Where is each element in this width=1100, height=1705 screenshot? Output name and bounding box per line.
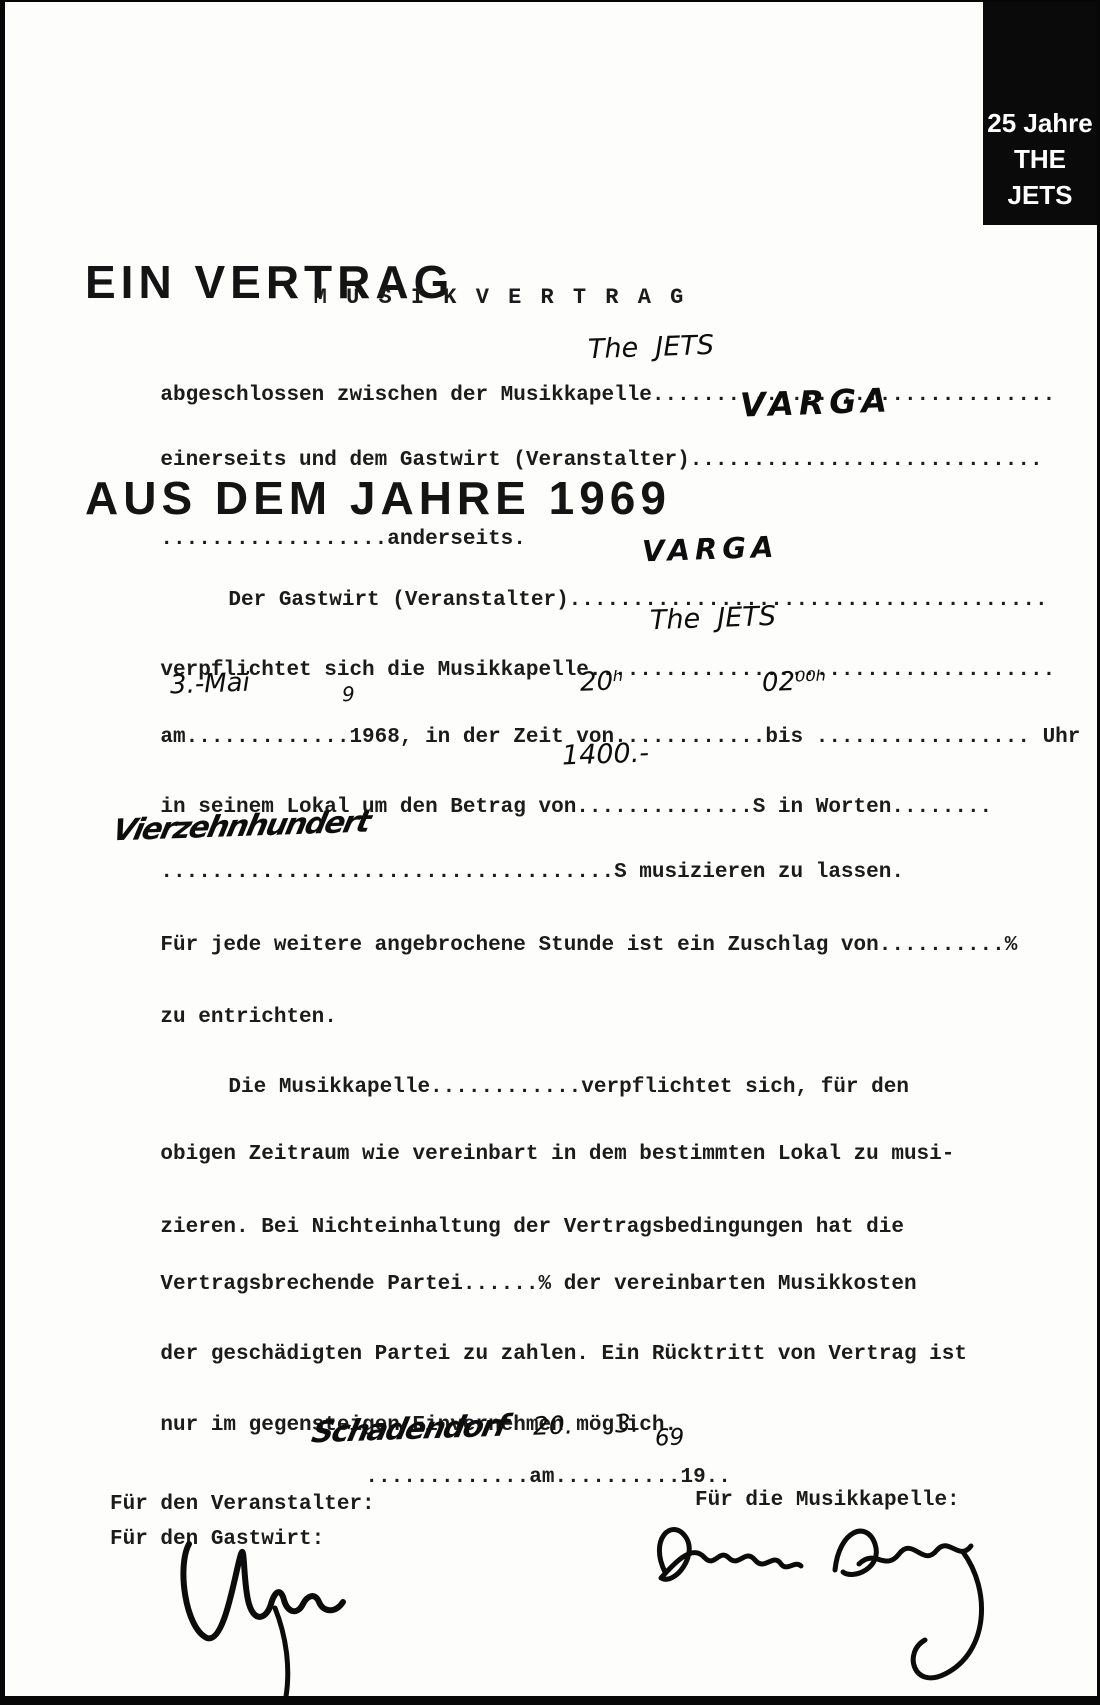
handwritten-amount-words: Vierzehnhundert <box>110 810 371 845</box>
typed-text: Vertragsbrechende Partei......% der vere… <box>160 1273 916 1296</box>
jets-anniversary-badge: 25 Jahre THE JETS <box>983 2 1097 225</box>
contract-line: der geschädigten Partei zu zahlen. Ein R… <box>110 1316 967 1394</box>
handwritten-signing-month: 3. <box>615 1411 640 1438</box>
document-heading: M U S I K V E R T R A G <box>5 285 995 310</box>
typed-text: einerseits und dem Gastwirt (Veranstalte… <box>160 449 1042 472</box>
typed-text: Die Musikkapelle............verpflichtet… <box>228 1076 909 1099</box>
handwritten-time-from: 20ʰ <box>580 668 624 696</box>
handwritten-band-name: The JETS <box>588 333 715 363</box>
badge-line1: 25 Jahre <box>987 105 1093 141</box>
signature-pokorny <box>623 1502 1003 1702</box>
typed-text: obigen Zeitraum wie vereinbart in dem be… <box>160 1143 954 1166</box>
handwritten-signing-year: 69 <box>655 1424 685 1451</box>
typed-text: ..................anderseits. <box>160 528 525 551</box>
badge-line2: THE <box>1014 141 1066 177</box>
typed-text: ....................................S mu… <box>160 861 904 884</box>
contract-line: Für jede weitere angebrochene Stunde ist… <box>110 907 1017 985</box>
signature-varga <box>155 1432 395 1704</box>
badge-line3: JETS <box>1007 177 1072 213</box>
handwritten-promoter-name: VARGA <box>740 387 893 418</box>
handwritten-time-to: 02⁰⁰ʰ <box>762 668 827 696</box>
handwritten-year-correction: 9 <box>342 681 356 707</box>
contract-line: Vertragsbrechende Partei......% der vere… <box>110 1246 917 1324</box>
typed-text: Für jede weitere angebrochene Stunde ist… <box>160 934 1017 957</box>
typed-text: der geschädigten Partei zu zahlen. Ein R… <box>160 1343 967 1366</box>
typed-text: Der Gastwirt (Veranstalter).............… <box>228 589 1047 612</box>
contract-line: zu entrichten. <box>110 979 337 1057</box>
handwritten-promoter-name: VARGA <box>642 534 779 565</box>
typed-text: zieren. Bei Nichteinhaltung der Vertrags… <box>160 1216 904 1239</box>
contract-page-scan: EIN VERTRAG AUS DEM JAHRE 1969 25 Jahre … <box>0 0 1100 1705</box>
typed-text: .............am..........19.. <box>365 1466 730 1489</box>
typed-text: zu entrichten. <box>160 1006 336 1029</box>
handwritten-event-date: 3.-Mai <box>170 670 251 699</box>
contract-line: obigen Zeitraum wie vereinbart in dem be… <box>110 1116 954 1194</box>
handwritten-band-name: The JETS <box>650 604 777 634</box>
handwritten-signing-day: 20. <box>533 1412 574 1439</box>
typed-text: abgeschlossen zwischen der Musikkapelle.… <box>160 384 1055 407</box>
handwritten-amount-figures: 1400.- <box>562 740 650 769</box>
